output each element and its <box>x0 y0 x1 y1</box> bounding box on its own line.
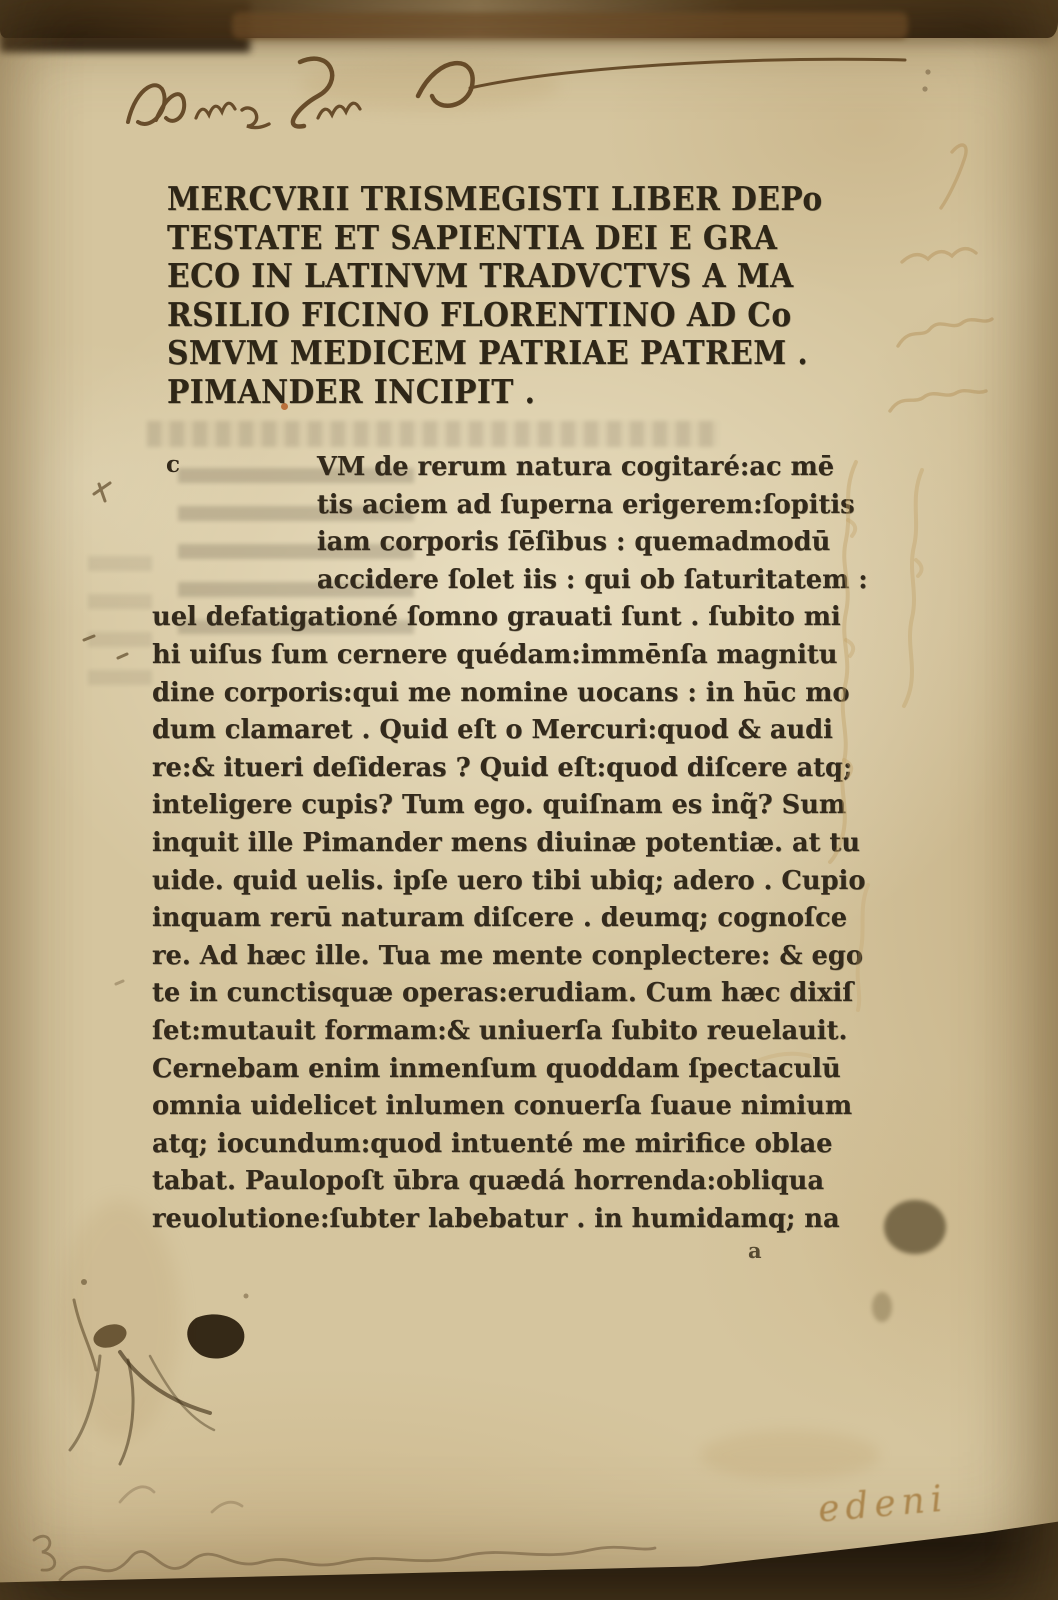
body-line: VM de rerum natura cogitaré:ac mē <box>152 448 868 486</box>
body-line: Cernebam enim inmenſum quoddam ſpectacul… <box>152 1050 868 1088</box>
paper-stain <box>300 60 560 110</box>
body-line: tabat. Paulopoſt ūbra quædá horrenda:obl… <box>152 1162 868 1200</box>
body-line: re. Ad hæc ille. Tua me mente conplecter… <box>152 937 868 975</box>
body-line: inquit ille Pimander mens diuinæ potenti… <box>152 824 868 862</box>
body-line: ſet:mutauit formam:& uniuerſa ſubito reu… <box>152 1012 868 1050</box>
body-line: inteligere cupis? Tum ego. quiſnam es in… <box>152 786 868 824</box>
bleedthrough-left-margin <box>88 556 152 688</box>
scan-edge-top-binding <box>232 12 908 39</box>
bottom-handwriting <box>34 1487 655 1580</box>
top-right-ink-dots <box>922 69 930 91</box>
body-line: dum clamaret . Quid eſt o Mercuri:quod &… <box>152 711 868 749</box>
handwritten-word: edeni <box>816 1478 949 1530</box>
body-line: tis aciem ad ſuperna erigerem:ſopitis <box>152 486 868 524</box>
ink-stain-blob <box>872 1292 892 1322</box>
body-line: accidere ſolet iis : qui ob ſaturitatem … <box>152 561 868 599</box>
body-line: hi uiſus ſum cernere quédam:immēnſa magn… <box>152 636 868 674</box>
title-line: SMVM MEDICEM PATRIAE PATREM . <box>167 334 823 373</box>
title-line: ECO IN LATINVM TRADVCTVS A MA <box>167 257 823 296</box>
body-line: te in cunctisquæ operas:erudiam. Cum hæc… <box>152 974 868 1012</box>
title-line: MERCVRII TRISMEGISTI LIBER DEPo <box>167 180 823 219</box>
body-line: re:& itueri deſideras ? Quid eſt:quod di… <box>152 749 868 787</box>
body-line: inquam rerū naturam diſcere . deumq; cog… <box>152 899 868 937</box>
paper-stain <box>700 1430 880 1480</box>
body-line: reuolutione:ſubter labebatur . in humida… <box>152 1200 868 1238</box>
body-line: atq; iocundum:quod intuenté me mirifice … <box>152 1125 868 1163</box>
left-margin-marks <box>84 483 127 984</box>
body-line: uel defatigationé ſomno grauati ſunt . ſ… <box>152 598 868 636</box>
book-page-scan: MERCVRII TRISMEGISTI LIBER DEPo TESTATE … <box>0 0 1058 1600</box>
printed-body-text: VM de rerum natura cogitaré:ac mē tis ac… <box>152 448 890 1237</box>
quire-signature: a <box>748 1238 762 1263</box>
title-line: PIMANDER INCIPIT . <box>167 373 823 412</box>
body-line: dine corporis:qui me nomine uocans : in … <box>152 674 868 712</box>
body-line: iam corporis ſēſibus : quemadmodū <box>152 523 868 561</box>
ink-stain-blob <box>884 1200 946 1254</box>
body-line: uide. quid uelis. ipſe uero tibi ubiq; a… <box>152 862 868 900</box>
ink-blot-cluster <box>70 1279 249 1464</box>
margin-annotation-right-of-title <box>890 145 992 411</box>
body-line: omnia uidelicet inlumen conuerſa ſuaue n… <box>152 1087 868 1125</box>
title-line: TESTATE ET SAPIENTIA DEI E GRA <box>167 219 823 258</box>
bleedthrough-line <box>147 421 719 447</box>
printed-title: MERCVRII TRISMEGISTI LIBER DEPo TESTATE … <box>167 180 895 411</box>
top-flourish-handwriting <box>128 59 905 128</box>
title-line: RSILIO FICINO FLORENTINO AD Co <box>167 296 823 335</box>
